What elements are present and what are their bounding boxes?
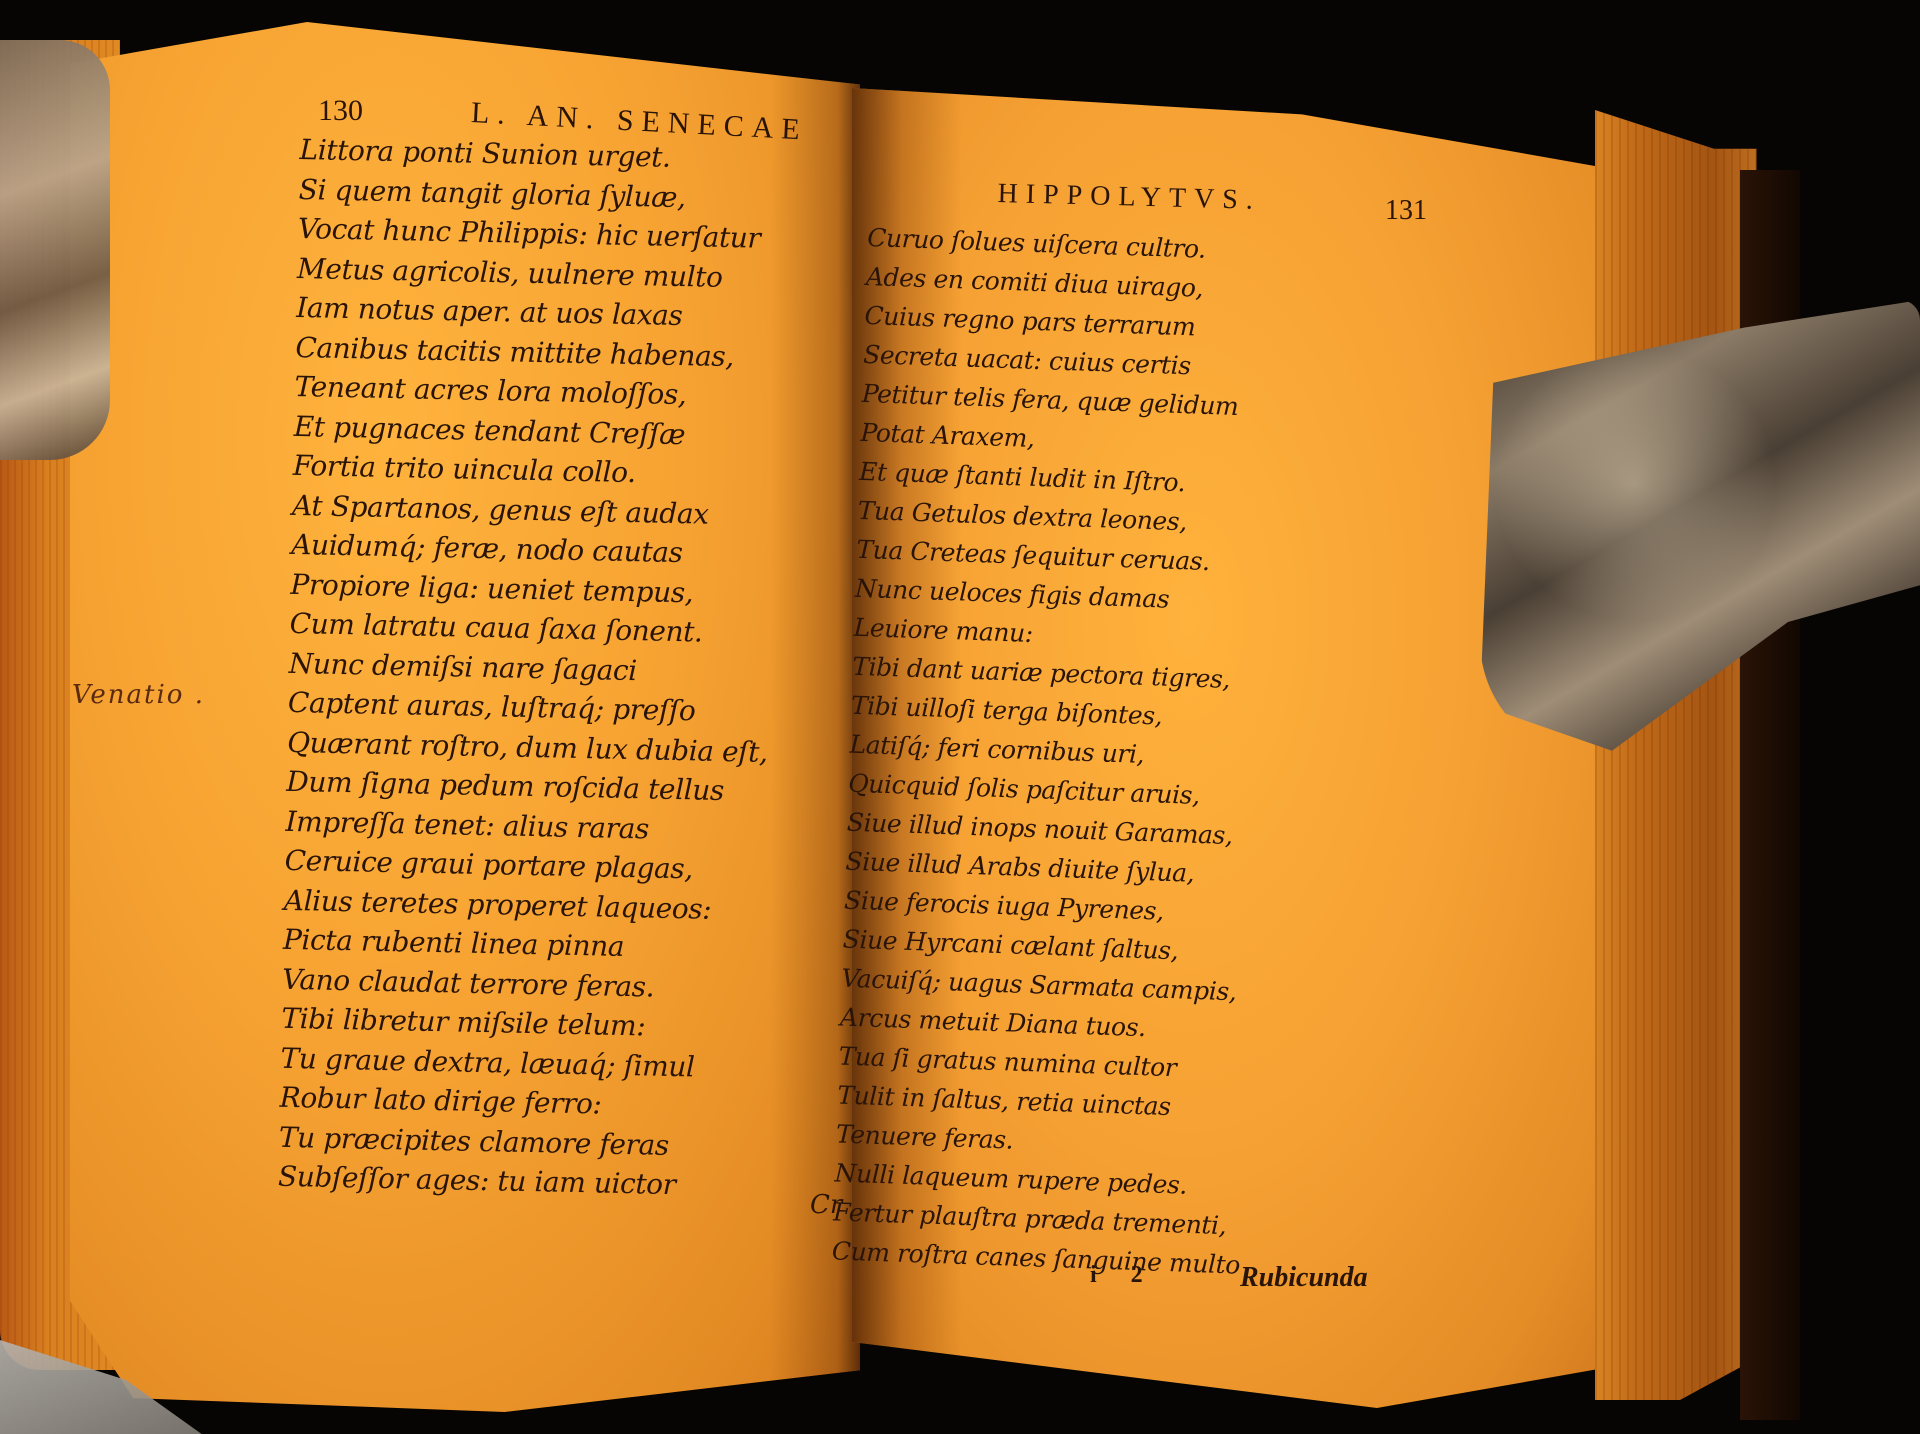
right-catchword: Rubicunda — [1240, 1262, 1368, 1294]
right-running-head: HIPPOLYTVS. — [997, 178, 1261, 217]
left-page-number: 130 — [318, 94, 363, 128]
left-book-weight — [0, 40, 110, 460]
right-page-number: 131 — [1385, 195, 1427, 227]
handwritten-marginal-note: Venatio . — [72, 680, 205, 710]
book-photograph: 130 L. AN. SENECAE Littora ponti Sunion … — [0, 0, 1920, 1434]
signature-mark: i 2 — [1090, 1262, 1157, 1289]
left-page-verse: Littora ponti Sunion urget. Si quem tang… — [278, 130, 860, 1208]
right-page-verse: Curuo ſolues uiſcera cultro. Ades en com… — [831, 218, 1287, 1285]
